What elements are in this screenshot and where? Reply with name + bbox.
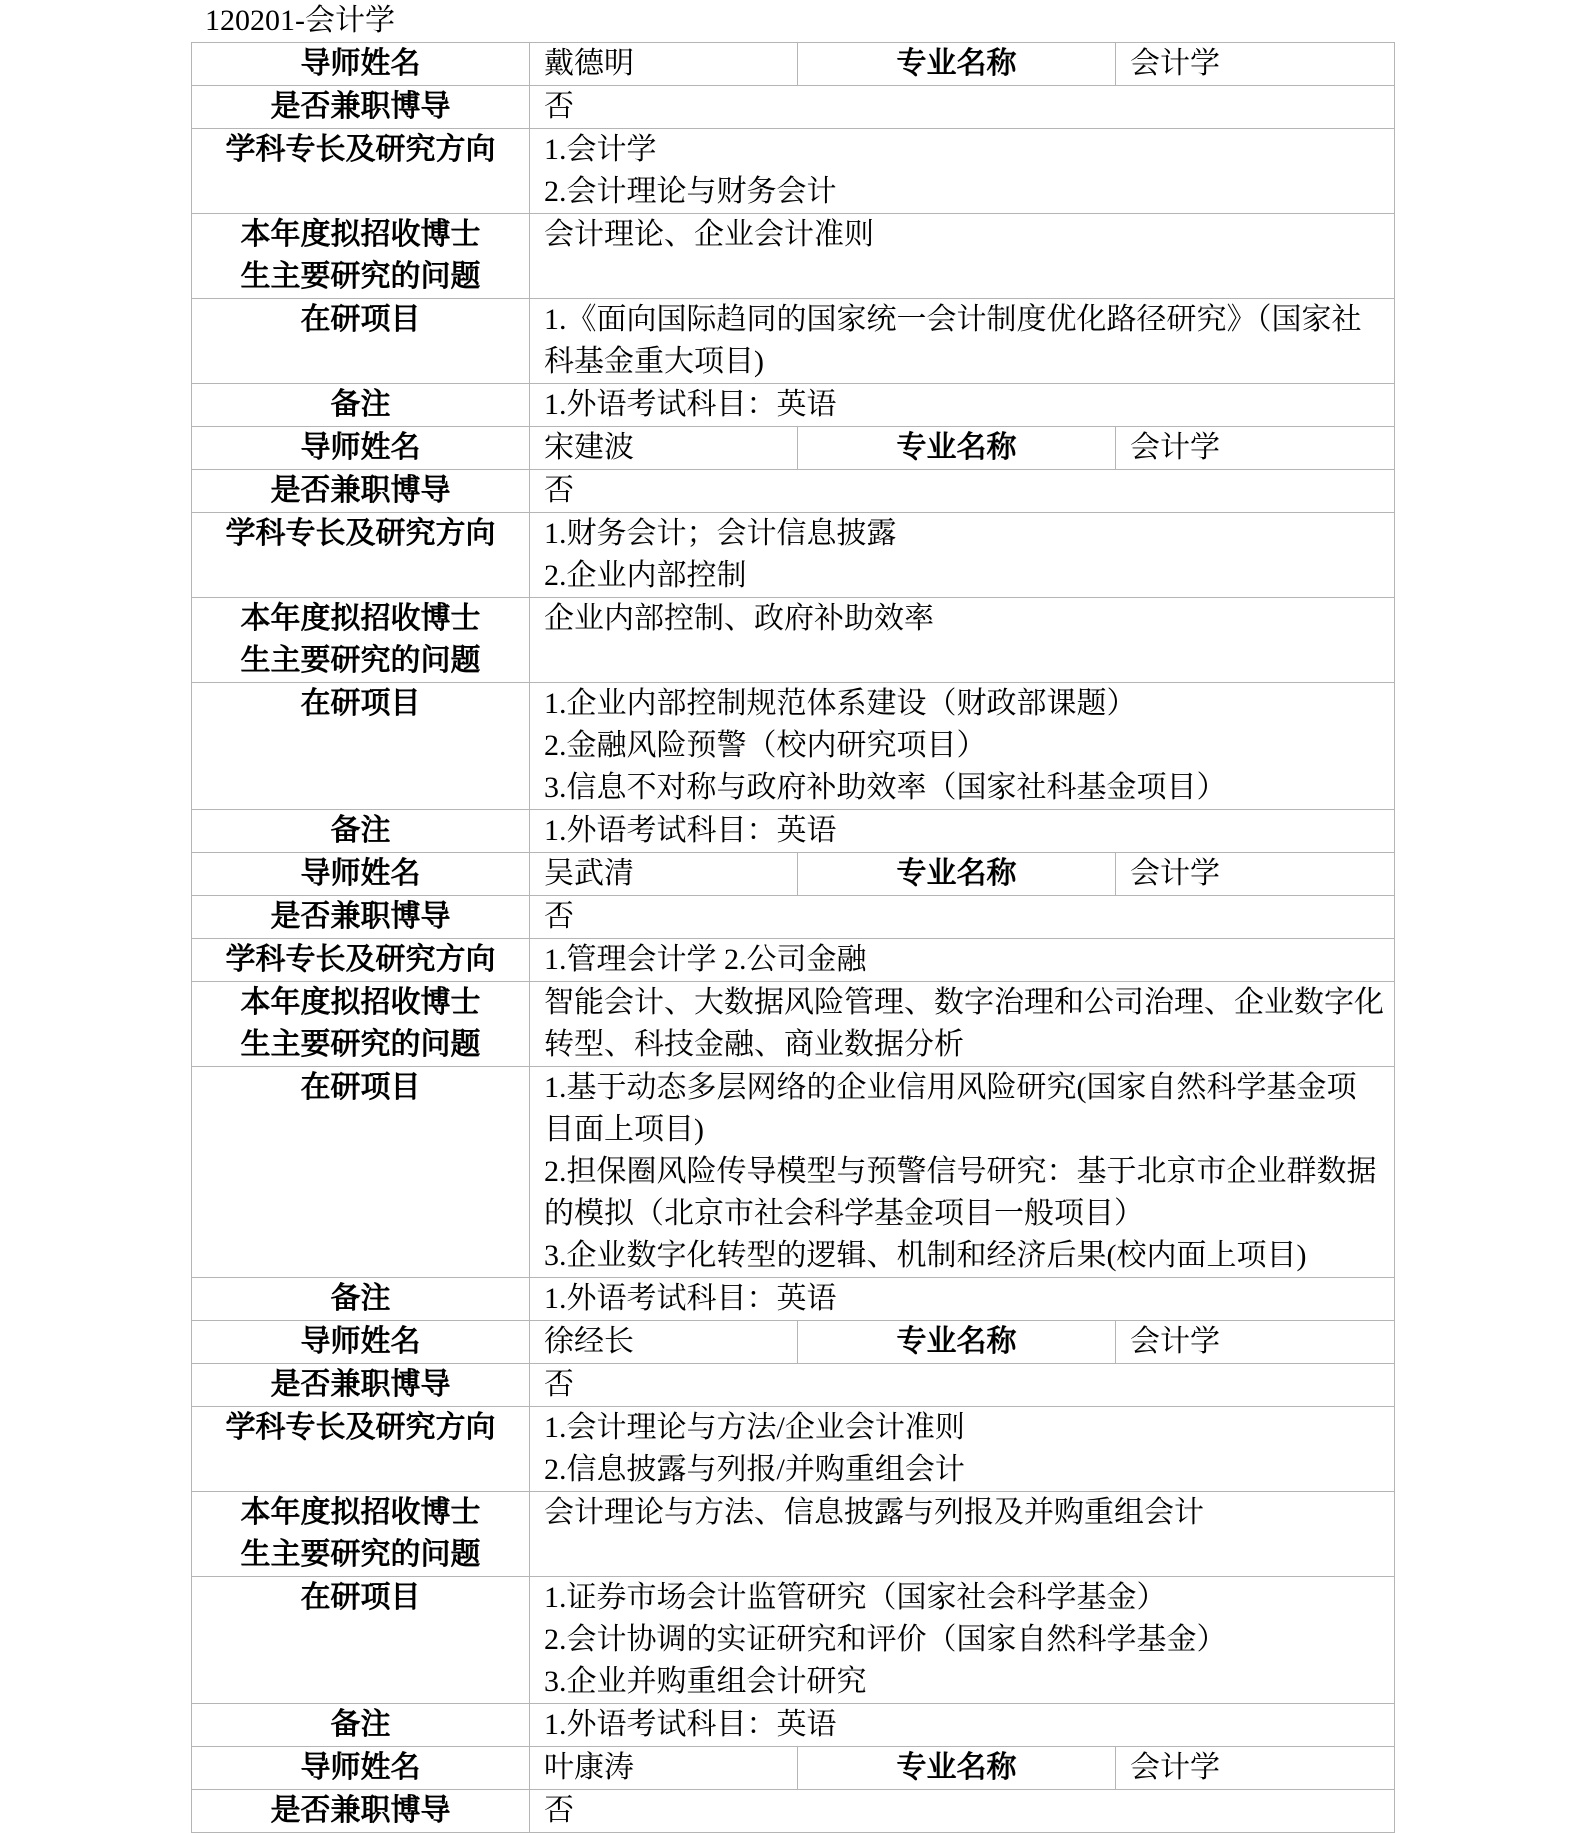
supervisor-table: 导师姓名 戴德明 专业名称 会计学 是否兼职博导 否 学科专长及研究方向 1.会…	[191, 42, 1395, 1833]
supervisor-name-value: 宋建波	[530, 427, 798, 470]
supervisor-name-label: 导师姓名	[192, 853, 530, 896]
part-time-value: 否	[530, 470, 1395, 513]
supervisor-header-row: 导师姓名 徐经长 专业名称 会计学	[192, 1321, 1395, 1364]
specialty-row: 学科专长及研究方向 1.会计学 2.会计理论与财务会计	[192, 129, 1395, 214]
research-question-row: 本年度拟招收博士 生主要研究的问题 会计理论、企业会计准则	[192, 214, 1395, 299]
major-name-value: 会计学	[1116, 1321, 1395, 1364]
research-question-label: 本年度拟招收博士 生主要研究的问题	[192, 598, 530, 683]
projects-value: 1.基于动态多层网络的企业信用风险研究(国家自然科学基金项目面上项目) 2.担保…	[530, 1067, 1395, 1278]
projects-value: 1.企业内部控制规范体系建设（财政部课题） 2.金融风险预警（校内研究项目） 3…	[530, 683, 1395, 810]
projects-row: 在研项目 1.证券市场会计监管研究（国家社会科学基金） 2.会计协调的实证研究和…	[192, 1577, 1395, 1704]
part-time-row: 是否兼职博导 否	[192, 1364, 1395, 1407]
page-title: 120201-会计学	[205, 2, 395, 40]
research-question-value: 会计理论、企业会计准则	[530, 214, 1395, 299]
research-question-row: 本年度拟招收博士 生主要研究的问题 企业内部控制、政府补助效率	[192, 598, 1395, 683]
remarks-row: 备注 1.外语考试科目：英语	[192, 1704, 1395, 1747]
supervisor-header-row: 导师姓名 戴德明 专业名称 会计学	[192, 43, 1395, 86]
supervisor-section: 导师姓名 徐经长 专业名称 会计学 是否兼职博导 否 学科专长及研究方向 1.会…	[192, 1321, 1395, 1747]
research-question-row: 本年度拟招收博士 生主要研究的问题 会计理论与方法、信息披露与列报及并购重组会计	[192, 1492, 1395, 1577]
specialty-label: 学科专长及研究方向	[192, 513, 530, 598]
projects-row: 在研项目 1.基于动态多层网络的企业信用风险研究(国家自然科学基金项目面上项目)…	[192, 1067, 1395, 1278]
supervisor-name-value: 吴武清	[530, 853, 798, 896]
remarks-label: 备注	[192, 384, 530, 427]
projects-value: 1.证券市场会计监管研究（国家社会科学基金） 2.会计协调的实证研究和评价（国家…	[530, 1577, 1395, 1704]
part-time-value: 否	[530, 86, 1395, 129]
supervisor-section: 导师姓名 戴德明 专业名称 会计学 是否兼职博导 否 学科专长及研究方向 1.会…	[192, 43, 1395, 427]
supervisor-header-row: 导师姓名 叶康涛 专业名称 会计学	[192, 1747, 1395, 1790]
remarks-value: 1.外语考试科目：英语	[530, 1704, 1395, 1747]
research-question-label: 本年度拟招收博士 生主要研究的问题	[192, 1492, 530, 1577]
projects-value: 1.《面向国际趋同的国家统一会计制度优化路径研究》（国家社科基金重大项目)	[530, 299, 1395, 384]
specialty-label: 学科专长及研究方向	[192, 939, 530, 982]
research-question-value: 会计理论与方法、信息披露与列报及并购重组会计	[530, 1492, 1395, 1577]
supervisor-name-value: 叶康涛	[530, 1747, 798, 1790]
remarks-label: 备注	[192, 1704, 530, 1747]
supervisor-header-row: 导师姓名 吴武清 专业名称 会计学	[192, 853, 1395, 896]
research-question-label: 本年度拟招收博士 生主要研究的问题	[192, 982, 530, 1067]
supervisor-name-label: 导师姓名	[192, 427, 530, 470]
supervisor-name-label: 导师姓名	[192, 43, 530, 86]
supervisor-name-value: 戴德明	[530, 43, 798, 86]
specialty-value: 1.管理会计学 2.公司金融	[530, 939, 1395, 982]
major-name-value: 会计学	[1116, 853, 1395, 896]
remarks-value: 1.外语考试科目：英语	[530, 810, 1395, 853]
part-time-row: 是否兼职博导 否	[192, 470, 1395, 513]
remarks-row: 备注 1.外语考试科目：英语	[192, 1278, 1395, 1321]
specialty-value: 1.会计理论与方法/企业会计准则 2.信息披露与列报/并购重组会计	[530, 1407, 1395, 1492]
part-time-row: 是否兼职博导 否	[192, 86, 1395, 129]
specialty-row: 学科专长及研究方向 1.财务会计；会计信息披露 2.企业内部控制	[192, 513, 1395, 598]
part-time-label: 是否兼职博导	[192, 1790, 530, 1833]
specialty-row: 学科专长及研究方向 1.管理会计学 2.公司金融	[192, 939, 1395, 982]
research-question-value: 企业内部控制、政府补助效率	[530, 598, 1395, 683]
major-name-label: 专业名称	[798, 1747, 1116, 1790]
major-name-value: 会计学	[1116, 1747, 1395, 1790]
remarks-value: 1.外语考试科目：英语	[530, 384, 1395, 427]
major-name-label: 专业名称	[798, 43, 1116, 86]
research-question-label: 本年度拟招收博士 生主要研究的问题	[192, 214, 530, 299]
major-name-label: 专业名称	[798, 1321, 1116, 1364]
supervisor-section: 导师姓名 宋建波 专业名称 会计学 是否兼职博导 否 学科专长及研究方向 1.财…	[192, 427, 1395, 853]
projects-label: 在研项目	[192, 1577, 530, 1704]
part-time-row: 是否兼职博导 否	[192, 896, 1395, 939]
part-time-label: 是否兼职博导	[192, 470, 530, 513]
specialty-value: 1.会计学 2.会计理论与财务会计	[530, 129, 1395, 214]
part-time-label: 是否兼职博导	[192, 86, 530, 129]
supervisor-header-row: 导师姓名 宋建波 专业名称 会计学	[192, 427, 1395, 470]
specialty-value: 1.财务会计；会计信息披露 2.企业内部控制	[530, 513, 1395, 598]
specialty-row: 学科专长及研究方向 1.会计理论与方法/企业会计准则 2.信息披露与列报/并购重…	[192, 1407, 1395, 1492]
major-name-value: 会计学	[1116, 427, 1395, 470]
remarks-row: 备注 1.外语考试科目：英语	[192, 384, 1395, 427]
major-name-label: 专业名称	[798, 853, 1116, 896]
specialty-label: 学科专长及研究方向	[192, 129, 530, 214]
projects-label: 在研项目	[192, 1067, 530, 1278]
projects-label: 在研项目	[192, 683, 530, 810]
part-time-label: 是否兼职博导	[192, 896, 530, 939]
projects-label: 在研项目	[192, 299, 530, 384]
part-time-value: 否	[530, 1790, 1395, 1833]
supervisor-section: 导师姓名 叶康涛 专业名称 会计学 是否兼职博导 否	[192, 1747, 1395, 1833]
part-time-row: 是否兼职博导 否	[192, 1790, 1395, 1833]
part-time-value: 否	[530, 1364, 1395, 1407]
major-name-value: 会计学	[1116, 43, 1395, 86]
projects-row: 在研项目 1.《面向国际趋同的国家统一会计制度优化路径研究》（国家社科基金重大项…	[192, 299, 1395, 384]
supervisor-name-label: 导师姓名	[192, 1321, 530, 1364]
supervisor-name-label: 导师姓名	[192, 1747, 530, 1790]
research-question-row: 本年度拟招收博士 生主要研究的问题 智能会计、大数据风险管理、数字治理和公司治理…	[192, 982, 1395, 1067]
remarks-label: 备注	[192, 1278, 530, 1321]
remarks-value: 1.外语考试科目：英语	[530, 1278, 1395, 1321]
research-question-value: 智能会计、大数据风险管理、数字治理和公司治理、企业数字化转型、科技金融、商业数据…	[530, 982, 1395, 1067]
specialty-label: 学科专长及研究方向	[192, 1407, 530, 1492]
supervisor-section: 导师姓名 吴武清 专业名称 会计学 是否兼职博导 否 学科专长及研究方向 1.管…	[192, 853, 1395, 1321]
part-time-value: 否	[530, 896, 1395, 939]
part-time-label: 是否兼职博导	[192, 1364, 530, 1407]
remarks-row: 备注 1.外语考试科目：英语	[192, 810, 1395, 853]
major-name-label: 专业名称	[798, 427, 1116, 470]
remarks-label: 备注	[192, 810, 530, 853]
supervisor-name-value: 徐经长	[530, 1321, 798, 1364]
projects-row: 在研项目 1.企业内部控制规范体系建设（财政部课题） 2.金融风险预警（校内研究…	[192, 683, 1395, 810]
